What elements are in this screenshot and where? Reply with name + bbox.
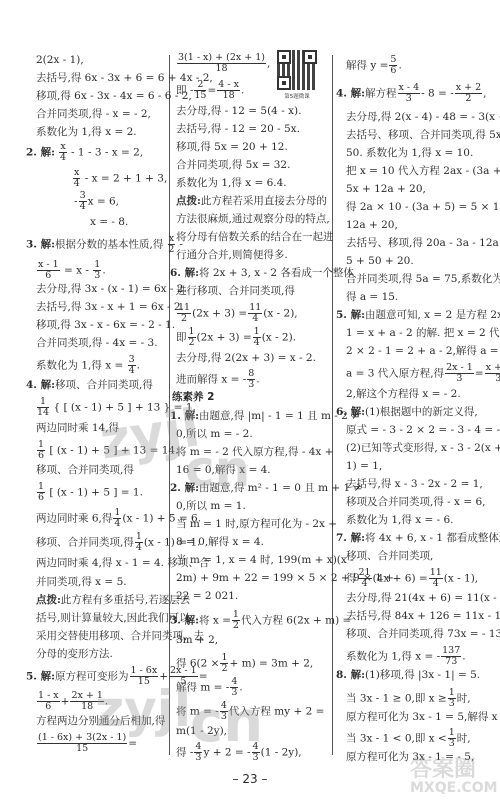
question-3: 3. 解:根据分数的基本性质,得 x2 -: [26, 234, 183, 255]
question-6: 6. 解:(1)根据题中的新定义得,: [336, 405, 478, 419]
text-line: 12a + 20,: [346, 218, 398, 232]
equation-line: 16 [ (x - 1) + 5 ] = 1.: [36, 482, 143, 503]
equation-line: 3(1 - x) + (2x + 1)18,: [176, 53, 270, 74]
watermark-cn: cn: [185, 440, 250, 498]
tip-line: 点拨:此方程有多重括号,若逐层去: [36, 593, 190, 607]
equation-line: 解得 y =56.: [346, 55, 402, 76]
fraction: x4: [59, 142, 66, 163]
text-line: 去括号、移项,得 20a - 3a - 12a =: [346, 236, 500, 250]
equation-line: -34x = 6,: [74, 191, 119, 212]
text-line: 合并同类项,得 5x = 32.: [176, 158, 290, 172]
text-line: 移项,得 3x - x - 6x = - 2 - 1.: [36, 318, 175, 332]
text-line: 得 2a × 10 - (3a + 5) = 5 × 10 +: [346, 200, 500, 214]
text-line: 系数化为 1,得 x = - 6.: [346, 513, 454, 527]
text-line: 去括号,得 - 12 = 20 - 5x.: [176, 122, 300, 136]
question-2: 2. 解: x4 - 1 - 3 - x = 2,: [26, 142, 143, 163]
equation-line: 系数化为 1,得 x = -13773.: [346, 646, 466, 667]
equation-line: 即 -215=4 - x18.: [176, 80, 244, 101]
text-line: 去括号,得 3x - x + 1 = 6x - 2.: [36, 300, 184, 314]
practice-1: 1. 解:由题意,得 |m| - 1 = 1 且 m - 2 ≠: [170, 409, 360, 423]
text-line: 去括号、移项、合并同类项,得 5x =: [346, 128, 500, 142]
practice-3: 3. 解:将 x =12代入方程 6(2x + m) =: [170, 610, 351, 631]
equation-line: 得214(4x + 6) =114(x - 1),: [346, 568, 478, 589]
equation-line: 即12(2x + 3) =14(x - 2).: [176, 327, 296, 348]
qr-label: 第5题微课: [273, 92, 321, 100]
tip-line: 将分母有倍数关系的结合在一起进: [176, 230, 334, 244]
text-line: 0,所以 m = 1.: [176, 499, 246, 513]
text-line: 2,解这个方程得 x = - 2.: [346, 387, 461, 401]
text-line: 得 a = 15.: [346, 290, 398, 304]
tip-line: 括号,则计算量较大,因此我们可以: [36, 611, 190, 625]
text-line: 合并同类项,得 - 4x = - 3.: [36, 336, 158, 350]
text-line: 22 = 2 021.: [176, 589, 238, 603]
text-line: 原方程可化为 3x - 1 = 5,解得 x = 2.: [346, 710, 500, 724]
equation-line: 112(2x + 3) =114(x - 2),: [176, 303, 298, 324]
text-line: 去分母,得 - 12 = 5(4 - x).: [176, 104, 301, 118]
equation-line: 当 3x - 1 < 0,即 x <13时,: [346, 728, 471, 749]
equation-line: x - 16 = x - 13.: [36, 260, 106, 281]
equation-line: 系数化为 1,得 x = 34.: [36, 355, 140, 376]
equation-line: 当 3x - 1 ≥ 0,即 x ≥13时,: [346, 688, 471, 709]
text-line: 去括号,得 x - 3 - 2x - 2 = 1,: [346, 477, 483, 491]
page-number: – 23 –: [0, 772, 500, 786]
qr-code-image: [277, 50, 317, 90]
text-line: 把 x = 10 代入方程 2ax - (3a + 5) =: [346, 164, 500, 178]
tip-line: 分母的变形方法.: [36, 647, 113, 661]
equation-line: 得 6(2 ×12+ m) = 3m + 2,: [176, 653, 313, 674]
text-line: 移项,得 6x - 3x - 4x = 6 - 6 - 2,: [36, 89, 192, 103]
text-line: 合并同类项,得 5a = 75,系数化为 1,: [346, 272, 500, 286]
text-line: 5x + 12a + 20,: [346, 182, 426, 196]
text-line: 50. 系数化为 1,得 x = 10.: [346, 146, 473, 160]
text-line: 2 × 2 - 1 = 2 + a - 2,解得 a = 3,把: [346, 344, 500, 358]
question-4: 4. 解:移项、合并同类项,得: [26, 378, 153, 392]
text-line: 5 + 50 + 20.: [346, 254, 414, 268]
text-line: 移项、合并同类项,得 73x = - 137,: [346, 627, 500, 641]
text-line: 去括号,得 84x + 126 = 11x - 11,: [346, 609, 500, 623]
text-line: 去分母,得 2(2x + 3) = x - 2.: [176, 351, 316, 365]
equation-line: a = 3 代入原方程,得2x - 13=x + 33-: [346, 363, 500, 384]
tip-line: 行通分合并,则简便得多.: [176, 248, 288, 262]
text-line: 3m + 2,: [176, 633, 218, 647]
question-4: 4. 解:解方程x - 43- 8 = -x + 22,: [336, 83, 487, 104]
text-line: 移项、合并同类项,: [346, 549, 433, 563]
text-line: 系数化为 1,得 x = 2.: [36, 125, 137, 139]
equation-line: 进而解得 x = -83.: [176, 369, 260, 390]
qr-code[interactable]: 第5题微课: [273, 50, 321, 102]
tip-line: 点拨:此方程若采用直接去分母的: [176, 194, 327, 208]
question-5: 5. 解:由题意可知, x = 2 是方程 2x -: [336, 308, 500, 322]
text-line: 当 m = 1 时,原方程可化为 - 2x +: [176, 517, 337, 531]
text-line: 移项,得 5x = 20 + 12.: [176, 140, 288, 154]
text-line: 8 = 0,解得 x = 4.: [176, 535, 264, 549]
text-line: 去分母,得 21(4x + 6) = 11(x - 1),: [346, 591, 500, 605]
text-line: 1) = 1,: [346, 459, 382, 473]
text-line: 1 = x + a - 2 的解. 把 x = 2 代入,得: [346, 326, 500, 340]
watermark-zyjl-2: zyjl: [95, 680, 191, 738]
column-divider-right: [332, 55, 333, 755]
question-6: 6. 解:将 2x + 3, x - 2 各看成一个整体: [170, 266, 354, 280]
watermark-cn-2: cn: [190, 690, 263, 755]
question-7: 7. 解:将 4x + 6, x - 1 都看成整体进行: [336, 531, 500, 545]
text-line: 进行移项、合并同类项,得: [176, 284, 295, 298]
text-line: 2(2x - 1),: [36, 53, 84, 67]
text-line: (2)已知等式变形得, x - 3 - 2(x +: [346, 441, 500, 455]
text-line: 原式 = - 3 - 2 × 2 = - 3 - 4 = - 7;: [346, 423, 500, 437]
equation-line: x4 - x = 2 + 1 + 3,: [72, 168, 167, 189]
tip-line: 方法很麻烦,通过观察分母的特点,: [176, 212, 330, 226]
question-label: 2. 解:: [26, 147, 55, 159]
text-line: 并同类项,得 x = 5.: [36, 575, 127, 589]
text-line: 去分母,得 2(x - 4) - 48 = - 3(x + 2).: [346, 110, 500, 124]
question-8: 8. 解:(1)移项,得 |3x - 1| = 5.: [336, 668, 480, 682]
text-line: 移项及合并同类项,得 - x = 6,: [346, 495, 485, 509]
text-line: 当 m = 1, x = 4 时, 199(m + x)(x -: [176, 553, 354, 567]
text-line: 系数化为 1,得 x = 6.4.: [176, 176, 287, 190]
text-line: 合并同类项,得 - x = - 2,: [36, 107, 151, 121]
text-line: 去分母,得 3x - (x - 1) = 6x - 2.: [36, 282, 187, 296]
equation-line: x = - 8.: [90, 215, 128, 229]
